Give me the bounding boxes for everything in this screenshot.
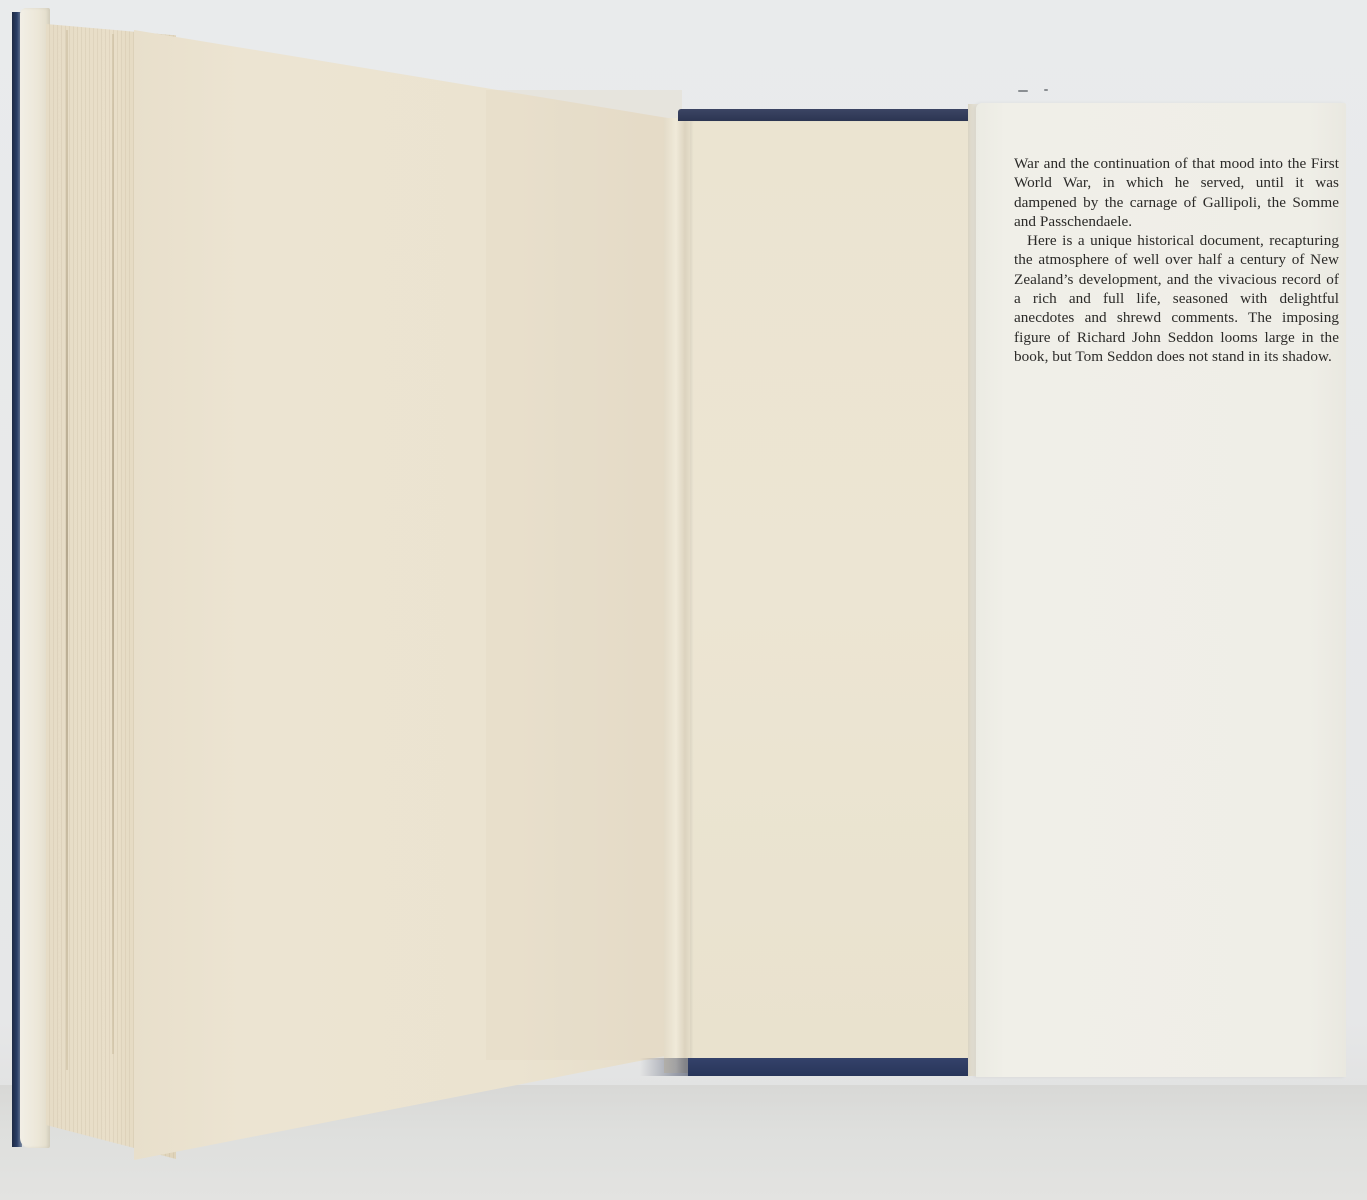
binding-shadow (640, 1058, 690, 1076)
blurb-paragraph: War and the continuation of that mood in… (1014, 154, 1339, 231)
dust-speck (1044, 89, 1048, 91)
cloth-binding-bottom (688, 1058, 978, 1076)
right-endpaper (690, 121, 978, 1060)
cloth-binding-top (678, 109, 978, 121)
cover-board-edge (20, 8, 50, 1148)
flap-blurb: War and the continuation of that mood in… (1014, 154, 1339, 366)
dust-speck (1018, 90, 1028, 92)
page-gap (66, 30, 68, 1070)
endpaper-shading (486, 90, 682, 1060)
page-gap (112, 34, 114, 1054)
blurb-paragraph: Here is a unique historical document, re… (1014, 231, 1339, 366)
